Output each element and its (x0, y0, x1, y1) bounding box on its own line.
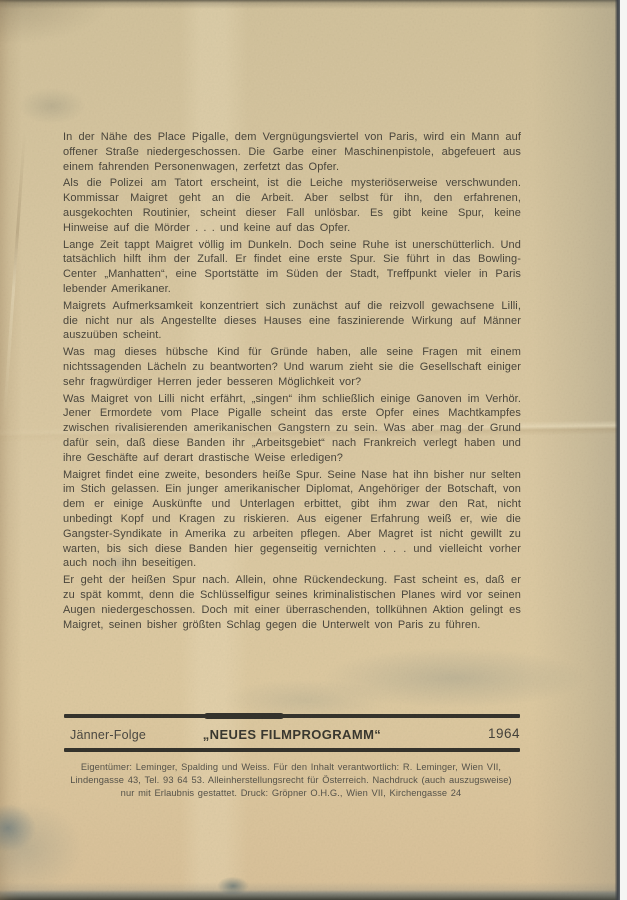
paper: In der Nähe des Place Pigalle, dem Vergn… (0, 0, 619, 900)
paragraph: Maigret findet eine zweite, besonders he… (63, 468, 521, 572)
program-title: „NEUES FILMPROGRAMM“ (64, 727, 520, 742)
paragraph: In der Nähe des Place Pigalle, dem Vergn… (63, 130, 521, 174)
synopsis-text: In der Nähe des Place Pigalle, dem Vergn… (63, 130, 521, 634)
imprint-line: nur mit Erlaubnis gestattet. Druck: Gröp… (40, 787, 542, 800)
masthead: Jänner-Folge „NEUES FILMPROGRAMM“ 1964 (64, 726, 520, 744)
paragraph: Was mag dieses hübsche Kind für Gründe h… (63, 345, 521, 389)
footer-rule-top (64, 714, 520, 718)
left-edge-crease (3, 130, 26, 420)
footer-rule-ink-bulge (204, 713, 284, 719)
paragraph: Maigrets Aufmerksamkeit konzentriert sic… (63, 299, 521, 343)
paragraph: Was Maigret von Lilli nicht erfährt, „si… (63, 392, 521, 466)
imprint: Eigentümer: Leminger, Spalding und Weiss… (40, 761, 542, 801)
year-label: 1964 (488, 726, 520, 741)
imprint-line: Lindengasse 43, Tel. 93 64 53. Alleinher… (40, 774, 542, 787)
paragraph: Als die Polizei am Tatort erscheint, ist… (63, 176, 521, 235)
imprint-line: Eigentümer: Leminger, Spalding und Weiss… (40, 761, 542, 774)
footer-rule-bottom (64, 748, 520, 752)
scanned-page: In der Nähe des Place Pigalle, dem Vergn… (0, 0, 627, 900)
scanner-margin (620, 0, 627, 900)
paragraph: Lange Zeit tappt Maigret völlig im Dunke… (63, 238, 521, 297)
paragraph: Er geht der heißen Spur nach. Allein, oh… (63, 573, 521, 632)
